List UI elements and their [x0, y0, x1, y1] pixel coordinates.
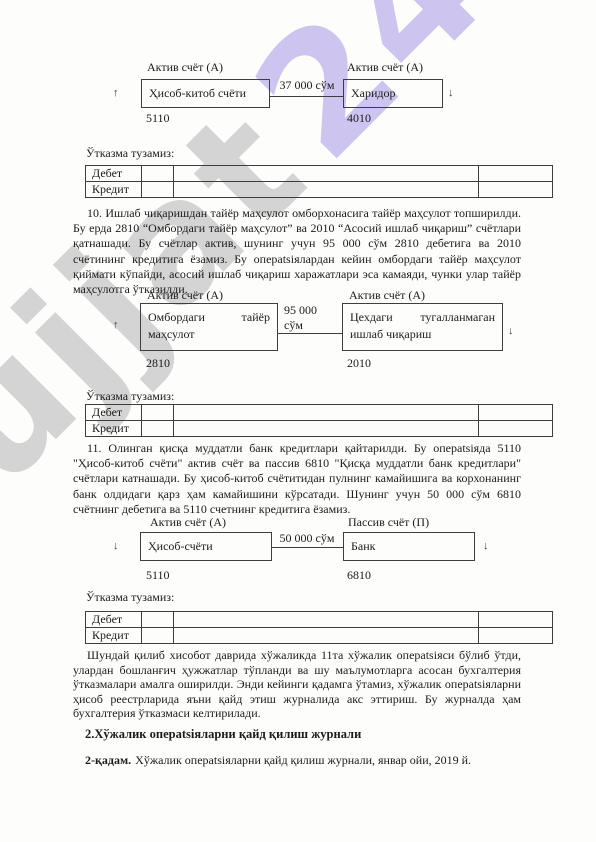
journal-table: Дебет Кредит — [85, 165, 553, 198]
table-row: Кредит — [86, 182, 553, 198]
empty-cell — [479, 421, 553, 437]
account-code: 5110 — [146, 111, 170, 126]
empty-cell — [479, 405, 553, 421]
empty-cell — [142, 628, 174, 644]
debit-row-label: Дебет — [86, 166, 142, 182]
paragraph-operation-10: 10. Ишлаб чиқаришдан тайёр маҳсулот омбо… — [73, 206, 521, 297]
account-box-text: Цехдаги — [350, 309, 393, 326]
journal-table: Дебет Кредит — [85, 404, 553, 437]
empty-cell — [174, 166, 479, 182]
account-box-text: тайёр — [242, 309, 270, 326]
account-box-text: тугалланмаган — [420, 309, 495, 326]
amount-currency: сўм — [284, 318, 340, 333]
empty-cell — [479, 182, 553, 198]
account-code: 2010 — [347, 356, 371, 371]
table-row: Дебет — [86, 166, 553, 182]
step-text: Хўжалик оперatsiяларни қайд қилиш журнал… — [135, 753, 471, 767]
account-type-label: Актив счёт (А) — [147, 60, 223, 75]
empty-cell — [174, 405, 479, 421]
connector-line — [270, 96, 343, 97]
account-box: Омбордаги тайёр маҳсулот — [140, 303, 278, 351]
table-row: Кредит — [86, 628, 553, 644]
account-box-text: ишлаб чиқариш — [350, 326, 495, 343]
account-box-text: маҳсулот — [148, 326, 270, 343]
account-box: Банк — [343, 532, 475, 561]
table-row: Дебет — [86, 405, 553, 421]
empty-cell — [174, 421, 479, 437]
section-heading: 2.Хўжалик оперatsiяларни қайд қилиш журн… — [85, 727, 361, 742]
empty-cell — [479, 628, 553, 644]
step-line: 2-қадам.Хўжалик оперatsiяларни қайд қили… — [85, 753, 471, 768]
debit-row-label: Дебет — [86, 405, 142, 421]
empty-cell — [479, 166, 553, 182]
arrow-up-icon: ↑ — [113, 320, 119, 331]
closing-paragraph: Шундай қилиб хисобот даврида хўжаликда 1… — [73, 648, 521, 721]
account-type-label: Пассив счёт (П) — [348, 515, 429, 530]
posting-prompt: Ўтказма тузамиз: — [86, 146, 174, 161]
credit-row-label: Кредит — [86, 421, 142, 437]
paragraph-operation-11: 11. Олинган қисқа муддатли банк кредитла… — [73, 441, 521, 517]
account-code: 6810 — [347, 568, 371, 583]
credit-row-label: Кредит — [86, 182, 142, 198]
amount-label: 50 000 сўм — [271, 531, 343, 546]
credit-row-label: Кредит — [86, 628, 142, 644]
arrow-down-icon: ↓ — [448, 88, 454, 99]
account-box-line: Омбордаги тайёр — [148, 309, 270, 326]
empty-cell — [142, 405, 174, 421]
amount-label: 95 000 сўм — [284, 303, 340, 333]
debit-row-label: Дебет — [86, 612, 142, 628]
table-row: Дебет — [86, 612, 553, 628]
table-row: Кредит — [86, 421, 553, 437]
empty-cell — [142, 612, 174, 628]
account-box: Ҳисоб-счёти — [140, 532, 272, 561]
arrow-up-icon: ↑ — [113, 88, 119, 99]
account-type-label: Актив счёт (А) — [347, 60, 423, 75]
account-code: 5110 — [146, 568, 170, 583]
account-box-line: Цехдаги тугалланмаган — [350, 309, 495, 326]
empty-cell — [174, 612, 479, 628]
empty-cell — [142, 421, 174, 437]
account-type-label: Актив счёт (А) — [349, 288, 425, 303]
connector-line — [272, 547, 343, 548]
account-box-text: Омбордаги — [148, 309, 205, 326]
account-box: Ҳисоб-китоб счёти — [141, 79, 270, 108]
arrow-down-icon: ↓ — [113, 541, 119, 552]
account-type-label: Актив счёт (А) — [150, 515, 226, 530]
amount-label: 37 000 сўм — [271, 78, 343, 93]
journal-table: Дебет Кредит — [85, 611, 553, 644]
empty-cell — [142, 182, 174, 198]
connector-line — [278, 333, 342, 334]
arrow-down-icon: ↓ — [508, 326, 514, 337]
account-box: Харидор — [343, 79, 443, 108]
account-code: 2810 — [146, 356, 170, 371]
posting-prompt: Ўтказма тузамиз: — [86, 389, 174, 404]
empty-cell — [174, 628, 479, 644]
account-type-label: Актив счёт (А) — [147, 288, 223, 303]
empty-cell — [479, 612, 553, 628]
arrow-down-icon: ↓ — [483, 541, 489, 552]
document-page: Hujjat24 Актив счёт (А) Актив счёт (А) ↑… — [0, 0, 596, 842]
step-label: 2-қадам. — [85, 753, 131, 767]
account-code: 4010 — [347, 111, 371, 126]
account-box: Цехдаги тугалланмаган ишлаб чиқариш — [342, 303, 503, 351]
posting-prompt: Ўтказма тузамиз: — [86, 590, 174, 605]
empty-cell — [174, 182, 479, 198]
amount-value: 95 000 — [284, 303, 340, 318]
empty-cell — [142, 166, 174, 182]
